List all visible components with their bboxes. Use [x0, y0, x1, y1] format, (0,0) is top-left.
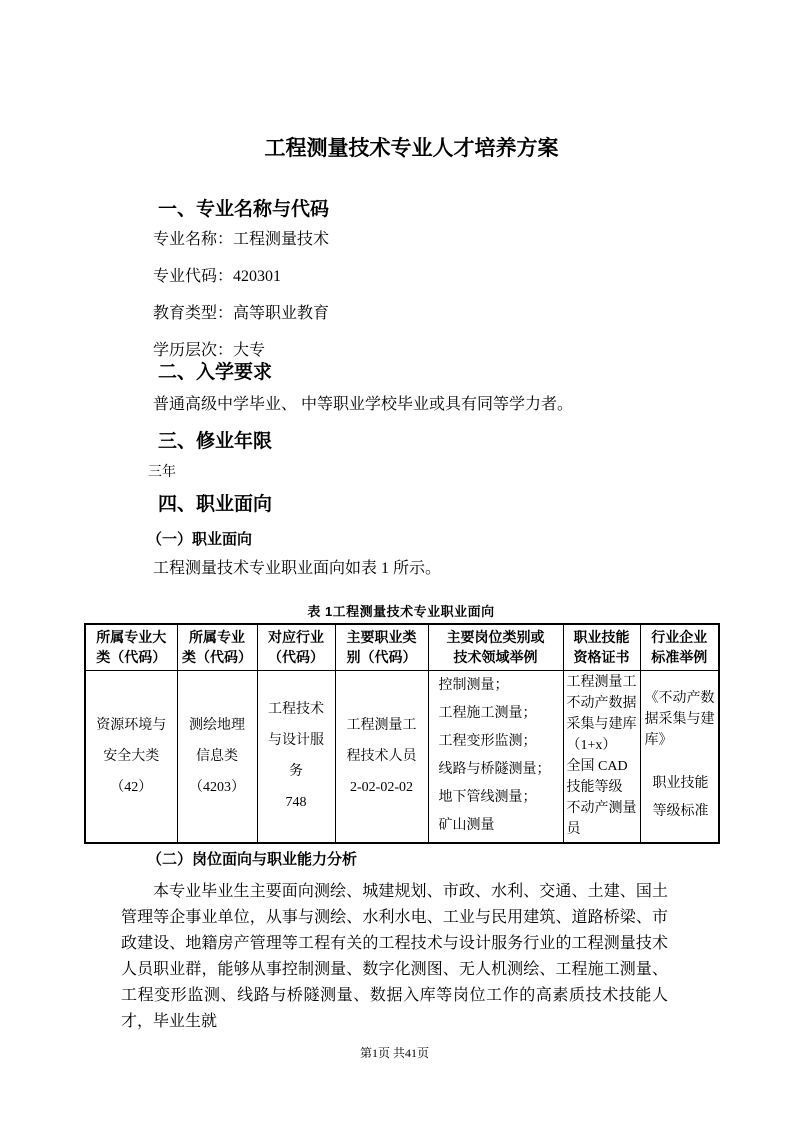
section-heading-1: 一、专业名称与代码: [121, 198, 668, 222]
header-major-category: 所属专业大 类（代码）: [85, 624, 177, 670]
header-category: 所属专业 类（代码）: [177, 624, 257, 670]
education-type-line: 教育类型：高等职业教育: [121, 304, 668, 324]
table-caption: 表 1工程测量技术专业职业面向: [84, 603, 718, 620]
study-duration-text: 三年: [121, 464, 668, 482]
document-page: 工程测量技术专业人才培养方案 一、专业名称与代码 专业名称：工程测量技术 专业代…: [0, 0, 793, 1122]
header-occupation: 主要职业类 别（代码）: [335, 624, 428, 670]
section-heading-4: 四、职业面向: [121, 493, 668, 517]
page-number-footer: 第1页 共41页: [121, 1045, 668, 1061]
cell-job-examples: 控制测量； 工程施工测量； 工程变形监测； 线路与桥隧测量； 地下管线测量； 矿…: [428, 670, 563, 843]
cell-industry: 工程技术与设计服务 748: [257, 670, 335, 843]
major-info-block: 专业名称：工程测量技术 专业代码：420301 教育类型：高等职业教育 学历层次…: [121, 230, 668, 361]
header-standards: 行业企业 标准举例: [640, 624, 719, 670]
header-job-examples: 主要岗位类别或 技术领域举例: [428, 624, 563, 670]
table-header-row: 所属专业大 类（代码） 所属专业 类（代码） 对应行业 （代码） 主要职业类 别…: [85, 624, 719, 670]
document-title: 工程测量技术专业人才培养方案: [138, 136, 685, 161]
cell-standards: 《不动产数据采集与建库》 职业技能等级标准: [640, 670, 719, 843]
career-analysis-paragraph: 本专业毕业生主要面向测绘、城建规划、市政、水利、交通、土建、国土管理等企事业单位…: [121, 879, 668, 1035]
header-certificates: 职业技能 资格证书: [563, 624, 640, 670]
education-level-line: 学历层次：大专: [121, 341, 668, 361]
section-heading-2: 二、入学要求: [121, 361, 668, 385]
standards-level-text: 职业技能等级标准: [645, 770, 717, 826]
subsection-heading-4-2: （二）岗位面向与职业能力分析: [121, 850, 668, 869]
standards-book-title: 《不动产数据采集与建库》: [645, 688, 717, 751]
cell-major-category: 资源环境与 安全大类 （42）: [85, 670, 177, 843]
cell-category: 测绘地理 信息类 （4203）: [177, 670, 257, 843]
cell-occupation: 工程测量工程技术人员 2-02-02-02: [335, 670, 428, 843]
header-industry: 对应行业 （代码）: [257, 624, 335, 670]
subsection-heading-4-1: （一）职业面向: [121, 530, 668, 549]
major-name-line: 专业名称：工程测量技术: [121, 230, 668, 250]
occupation-table: 所属专业大 类（代码） 所属专业 类（代码） 对应行业 （代码） 主要职业类 别…: [84, 623, 720, 844]
table-intro-text: 工程测量技术专业职业面向如表 1 所示。: [121, 559, 668, 579]
cell-certificates: 工程测量工 不动产数据采集与建库（1+x） 全国 CAD 技能等级 不动产测量员: [563, 670, 640, 843]
table-row: 资源环境与 安全大类 （42） 测绘地理 信息类 （4203） 工程技术与设计服…: [85, 670, 719, 843]
entry-requirement-text: 普通高级中学毕业、 中等职业学校毕业或具有同等学力者。: [121, 395, 668, 415]
major-code-line: 专业代码：420301: [121, 267, 668, 287]
section-heading-3: 三、修业年限: [121, 430, 668, 454]
